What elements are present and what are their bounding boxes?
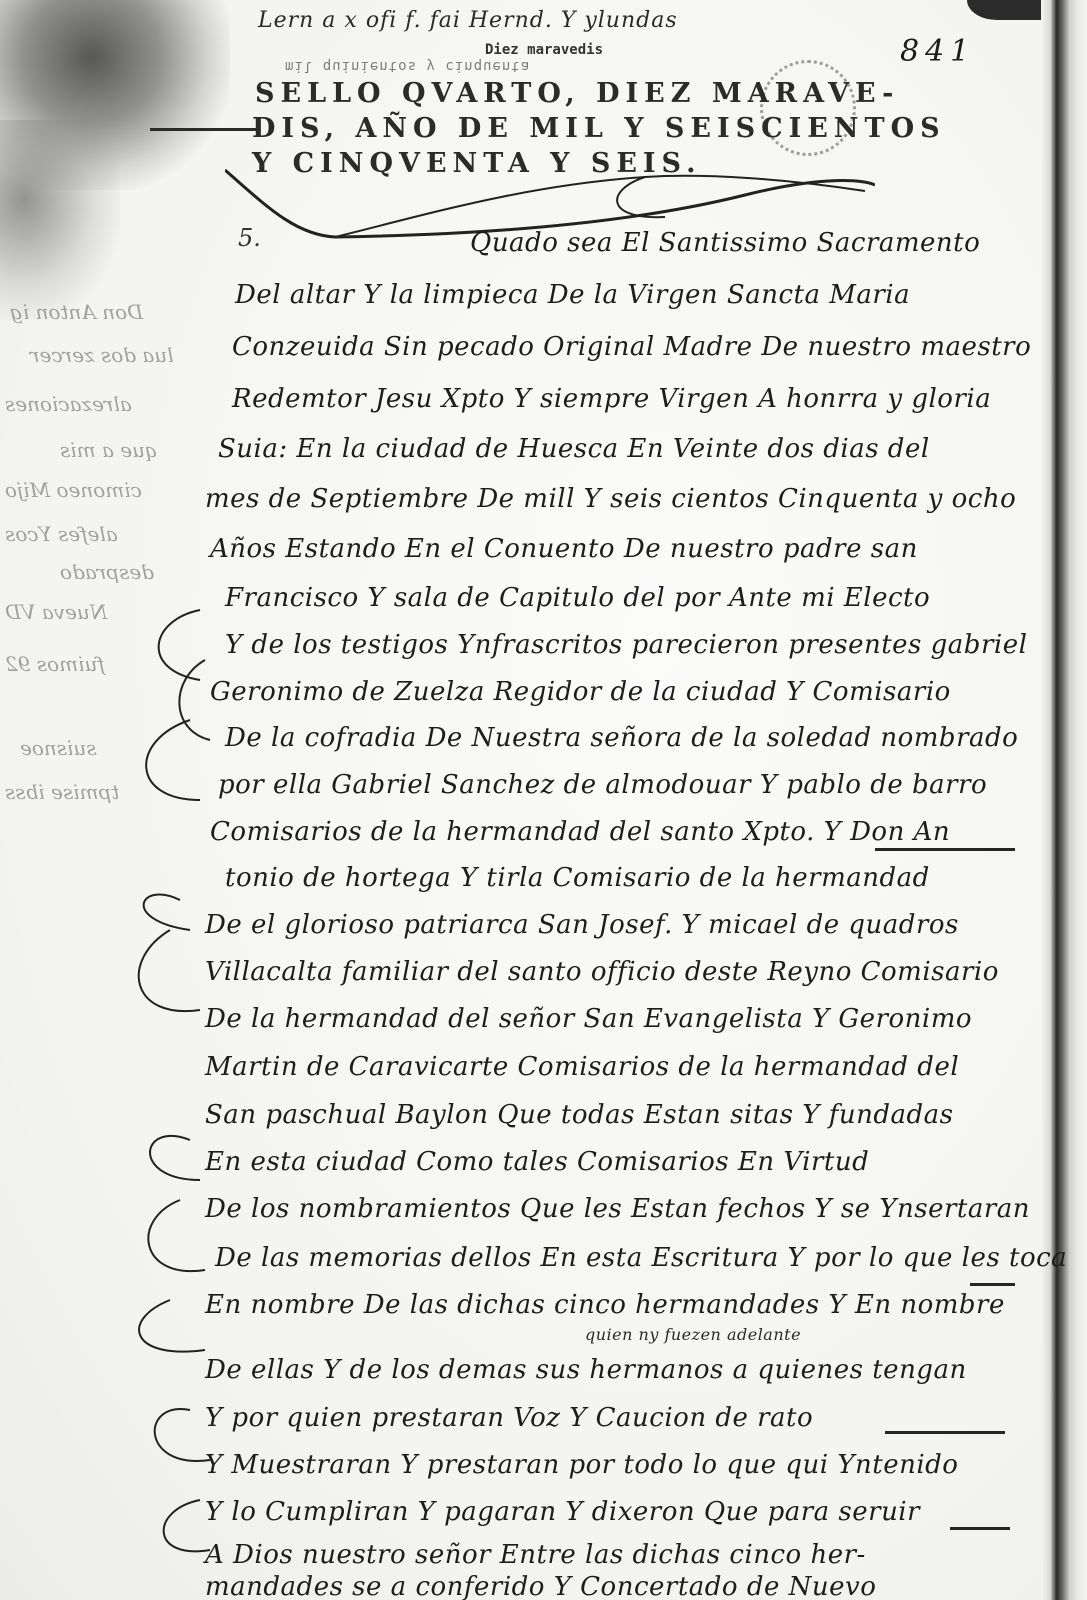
manuscript-line: De la cofradia De Nuestra señora de la s… xyxy=(225,723,1018,753)
line-filler-stroke xyxy=(885,1431,1005,1434)
manuscript-line: De las memorias dellos En esta Escritura… xyxy=(215,1243,1067,1273)
manuscript-line: Y lo Cumpliran Y pagaran Y dixeron Que p… xyxy=(205,1497,920,1527)
manuscript-line: De la hermandad del señor San Evangelist… xyxy=(205,1004,972,1034)
manuscript-line: A Dios nuestro señor Entre las dichas ci… xyxy=(205,1540,866,1570)
manuscript-line: Quado sea El Santissimo Sacramento xyxy=(470,228,980,258)
manuscript-line: Y por quien prestaran Voz Y Caucion de r… xyxy=(205,1403,813,1433)
manuscript-line: Del altar Y la limpieca De la Virgen San… xyxy=(235,280,910,310)
line-filler-stroke xyxy=(970,1283,1015,1286)
manuscript-line: tonio de hortega Y tirla Comisario de la… xyxy=(225,863,930,893)
manuscript-line: Villacalta familiar del santo officio de… xyxy=(205,957,999,987)
interlinear-note: quien ny fuezen adelante xyxy=(585,1325,801,1344)
manuscript-line: De los nombramientos Que les Estan fecho… xyxy=(205,1194,1030,1224)
manuscript-line: San paschual Baylon Que todas Estan sita… xyxy=(205,1100,953,1130)
manuscript-body: Quado sea El Santissimo Sacramento Del a… xyxy=(0,0,1087,1600)
manuscript-line: Conzeuida Sin pecado Original Madre De n… xyxy=(232,332,1031,362)
line-filler-stroke xyxy=(950,1527,1010,1530)
line-filler-stroke xyxy=(875,848,1015,851)
manuscript-line: De el glorioso patriarca San Josef. Y mi… xyxy=(205,910,959,940)
manuscript-line: Comisarios de la hermandad del santo Xpt… xyxy=(210,817,950,847)
manuscript-line: mes de Septiembre De mill Y seis cientos… xyxy=(205,484,1016,514)
manuscript-line: Años Estando En el Conuento De nuestro p… xyxy=(210,534,918,564)
manuscript-line: De ellas Y de los demas sus hermanos a q… xyxy=(205,1355,967,1385)
manuscript-line: Redemtor Jesu Xpto Y siempre Virgen A ho… xyxy=(232,384,991,414)
manuscript-line: Suia: En la ciudad de Huesca En Veinte d… xyxy=(218,434,930,464)
manuscript-line: En esta ciudad Como tales Comisarios En … xyxy=(205,1147,869,1177)
manuscript-line: mandades se a conferido Y Concertado de … xyxy=(205,1572,876,1600)
manuscript-line: En nombre De las dichas cinco hermandade… xyxy=(205,1290,1005,1320)
manuscript-line: Geronimo de Zuelza Regidor de la ciudad … xyxy=(210,677,951,707)
manuscript-line: Y Muestraran Y prestaran por todo lo que… xyxy=(205,1450,958,1480)
manuscript-line: Martin de Caravicarte Comisarios de la h… xyxy=(205,1052,959,1082)
manuscript-line: Francisco Y sala de Capitulo del por Ant… xyxy=(225,583,930,613)
manuscript-line: Y de los testigos Ynfrascritos pareciero… xyxy=(225,630,1027,660)
manuscript-line: por ella Gabriel Sanchez de almodouar Y … xyxy=(218,770,987,800)
manuscript-page: Lern a x ofi f. fai Hernd. Y ylundas Die… xyxy=(0,0,1087,1600)
